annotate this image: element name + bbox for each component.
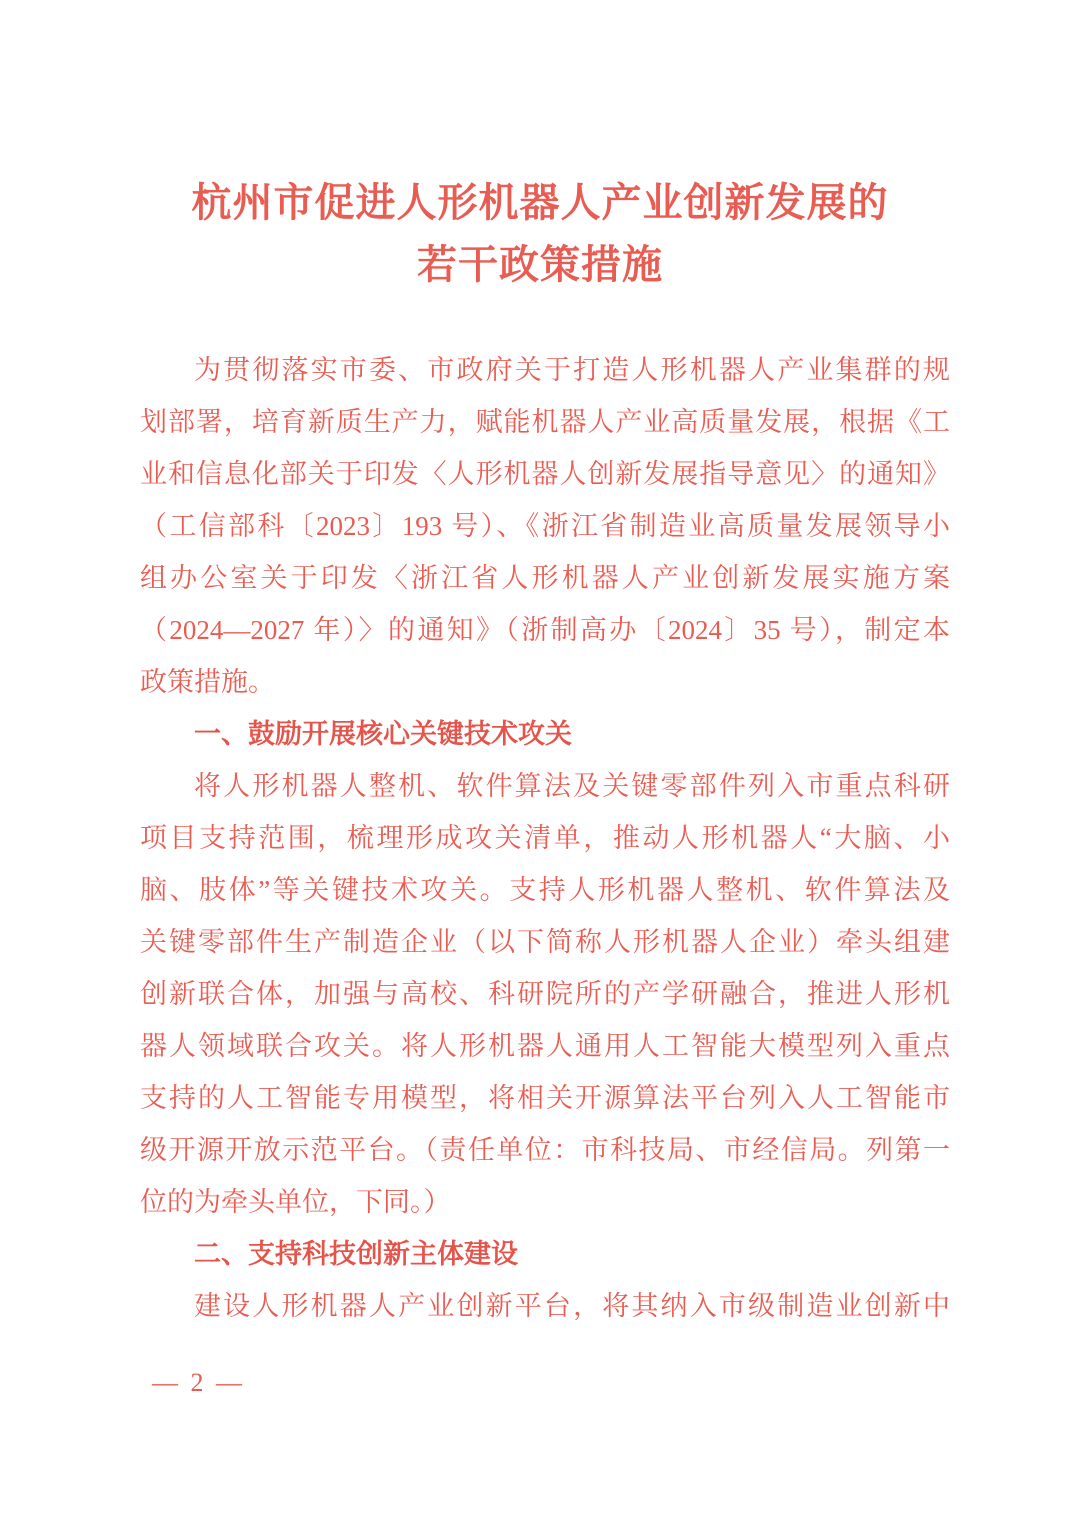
body-line: 支持的人工智能专用模型，将相关开源算法平台列入人工智能市 — [140, 1072, 950, 1124]
body-line: （2024—2027 年）〉的通知》（浙制高办〔2024〕35 号），制定本 — [140, 604, 950, 656]
body-line: 业和信息化部关于印发〈人形机器人创新发展指导意见〉的通知》 — [140, 448, 950, 500]
body-line: 划部署，培育新质生产力，赋能机器人产业高质量发展，根据《工 — [140, 396, 950, 448]
title-line-1: 杭州市促进人形机器人产业创新发展的 — [0, 172, 1080, 234]
body-line: 组办公室关于印发〈浙江省人形机器人产业创新发展实施方案 — [140, 552, 950, 604]
page-number: — 2 — — [152, 1368, 1080, 1398]
body-line: 器人领域联合攻关。将人形机器人通用人工智能大模型列入重点 — [140, 1020, 950, 1072]
body-line: 将人形机器人整机、软件算法及关键零部件列入市重点科研 — [140, 760, 950, 812]
document-body: 为贯彻落实市委、市政府关于打造人形机器人产业集群的规划部署，培育新质生产力，赋能… — [140, 344, 950, 1332]
body-line: 为贯彻落实市委、市政府关于打造人形机器人产业集群的规 — [140, 344, 950, 396]
title-line-2: 若干政策措施 — [0, 234, 1080, 296]
body-line: 政策措施。 — [140, 656, 950, 708]
document-page: 杭州市促进人形机器人产业创新发展的 若干政策措施 为贯彻落实市委、市政府关于打造… — [0, 0, 1080, 1526]
body-line: 级开源开放示范平台。（责任单位：市科技局、市经信局。列第一 — [140, 1124, 950, 1176]
body-line: 建设人形机器人产业创新平台，将其纳入市级制造业创新中 — [140, 1280, 950, 1332]
body-line: 项目支持范围，梳理形成攻关清单，推动人形机器人“大脑、小 — [140, 812, 950, 864]
body-line: 位的为牵头单位，下同。） — [140, 1176, 950, 1228]
section-heading: 一、鼓励开展核心关键技术攻关 — [140, 708, 950, 760]
body-line: 创新联合体，加强与高校、科研院所的产学研融合，推进人形机 — [140, 968, 950, 1020]
body-line: 脑、肢体”等关键技术攻关。支持人形机器人整机、软件算法及 — [140, 864, 950, 916]
body-line: （工信部科〔2023〕193 号）、《浙江省制造业高质量发展领导小 — [140, 500, 950, 552]
section-heading: 二、支持科技创新主体建设 — [140, 1228, 950, 1280]
document-title: 杭州市促进人形机器人产业创新发展的 若干政策措施 — [0, 0, 1080, 296]
body-line: 关键零部件生产制造企业（以下简称人形机器人企业）牵头组建 — [140, 916, 950, 968]
